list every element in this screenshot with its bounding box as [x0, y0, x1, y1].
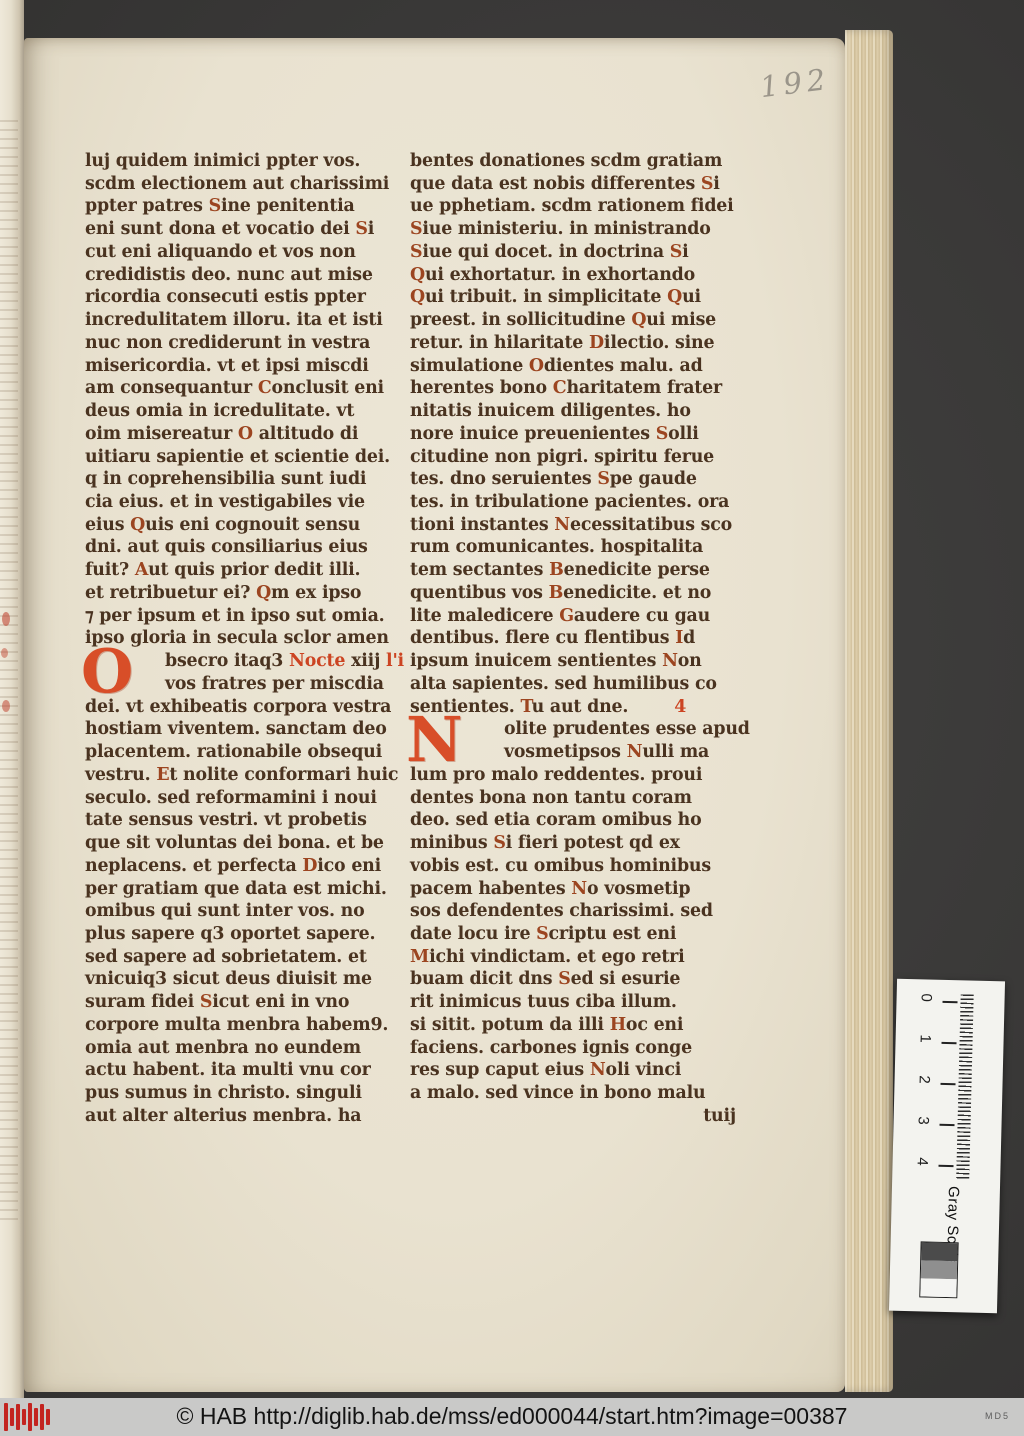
right-text-column: bentes donationes scdm gratiamque data e…: [410, 150, 754, 1128]
manuscript-line: cut eni aliquando et vos non: [85, 241, 402, 264]
ink-text: aut alter alterius menbra. ha: [85, 1106, 361, 1126]
red-touched-capital: A: [135, 560, 148, 580]
ink-text: tem sectantes: [410, 560, 549, 580]
ink-text: buam dicit dns: [410, 969, 558, 989]
ink-text: tuij: [703, 1106, 736, 1126]
ink-text: enedicite perse: [564, 560, 710, 580]
ink-text: pe gaude: [610, 469, 697, 489]
manuscript-line: misericordia. vt et ipsi miscdi: [85, 355, 402, 378]
gray-scale-patch: [921, 1242, 957, 1261]
red-touched-capital: S: [493, 833, 505, 853]
manuscript-line: tuij: [410, 1105, 754, 1128]
ink-text: pacem habentes: [410, 879, 571, 899]
ink-text: neplacens. et perfecta: [85, 856, 302, 876]
manuscript-line: que sit voluntas dei bona. et be: [85, 832, 402, 855]
ink-text: cut eni aliquando et vos non: [85, 242, 356, 262]
manuscript-line: deo. sed etia coram omibus ho: [410, 809, 754, 832]
ink-text: criptu est eni: [549, 924, 677, 944]
ink-text: credidistis deo. nunc aut mise: [85, 265, 373, 285]
ink-text: ico eni: [317, 856, 381, 876]
manuscript-line: simulatione Odientes malu. ad: [410, 355, 754, 378]
red-touched-capital: T: [520, 697, 531, 717]
ink-text: ricordia consecuti estis ppter: [85, 287, 366, 307]
manuscript-line: a malo. sed vince in bono malu: [410, 1082, 754, 1105]
manuscript-line: scdm electionem aut charissimi: [85, 173, 402, 196]
manuscript-line: tes. dno seruientes Spe gaude: [410, 468, 754, 491]
ink-text: vestru.: [85, 765, 156, 785]
ink-text: ui exhortatur. in exhortando: [425, 265, 695, 285]
manuscript-line: bentes donationes scdm gratiam: [410, 150, 754, 173]
ruler-cm-tick: [938, 1165, 953, 1167]
red-touched-capital: S: [410, 219, 422, 239]
ink-text: enedicite. et no: [563, 583, 711, 603]
manuscript-line: rit inimicus tuus ciba illum.: [410, 991, 754, 1014]
manuscript-line: dni. aut quis consiliarius eius: [85, 536, 402, 559]
ink-text: d: [683, 628, 695, 648]
ink-text: plus sapere q3 oportet sapere.: [85, 924, 375, 944]
ink-text: i: [682, 242, 688, 262]
ink-text: ipsum inuicem sentientes: [410, 651, 662, 671]
ink-text: ed si esurie: [571, 969, 681, 989]
red-touched-capital: Q: [667, 287, 682, 307]
rubric-text: l'i: [386, 651, 404, 671]
red-touched-capital: O: [529, 356, 544, 376]
manuscript-line: pus sumus in christo. singuli: [85, 1082, 402, 1105]
manuscript-line: q in coprehensibilia sunt iudi: [85, 468, 402, 491]
ink-text: tioni instantes: [410, 515, 554, 535]
ink-text: oim misereatur: [85, 424, 238, 444]
ink-text: altitudo di: [253, 424, 358, 444]
rubric-text: 4: [674, 697, 686, 717]
ink-text: ine penitentia: [221, 196, 355, 216]
red-touched-capital: B: [549, 583, 564, 603]
ink-text: herentes bono: [410, 378, 553, 398]
red-touched-capital: E: [156, 765, 169, 785]
red-touched-capital: C: [553, 378, 567, 398]
ink-text: i: [368, 219, 374, 239]
manuscript-line: que data est nobis differentes Si: [410, 173, 754, 196]
manuscript-line: si sitit. potum da illi Hoc eni: [410, 1014, 754, 1037]
red-touched-capital: S: [536, 924, 548, 944]
manuscript-line: date locu ire Scriptu est eni: [410, 923, 754, 946]
ink-text: alta sapientes. sed humilibus co: [410, 674, 717, 694]
ink-text: seculo. sed reformamini i noui: [85, 788, 377, 808]
folio-number: 192: [758, 62, 832, 104]
red-touched-capital: S: [670, 242, 682, 262]
manuscript-line: buam dicit dns Sed si esurie: [410, 968, 754, 991]
facing-page-red-mark: [2, 612, 10, 626]
ink-text: que data est nobis differentes: [410, 174, 701, 194]
book-fore-edge: [845, 30, 893, 1392]
ink-text: deus omia in icredulitate. vt: [85, 401, 354, 421]
manuscript-line: ipsum inuicem sentientes Non: [410, 650, 754, 673]
red-touched-capital: D: [302, 856, 317, 876]
ink-text: actu habent. ita multi vnu cor: [85, 1060, 371, 1080]
ink-text: ui tribuit. in simplicitate: [425, 287, 667, 307]
red-touched-capital: S: [209, 196, 221, 216]
ink-text: vosmetipsos: [504, 742, 627, 762]
ink-text: dentibus. flere cu flentibus: [410, 628, 675, 648]
red-touched-capital: H: [610, 1015, 626, 1035]
ink-text: hostiam viventem. sanctam deo: [85, 719, 387, 739]
manuscript-line: Siue ministeriu. in ministrando: [410, 218, 754, 241]
red-touched-capital: I: [675, 628, 683, 648]
red-touched-capital: C: [258, 378, 272, 398]
red-touched-capital: Q: [256, 583, 271, 603]
ink-text: iue qui docet. in doctrina: [422, 242, 669, 262]
ink-text: et retribuetur ei?: [85, 583, 256, 603]
ink-text: bsecro itaq3: [165, 651, 289, 671]
ink-text: tes. dno seruientes: [410, 469, 597, 489]
ink-text: sos defendentes charissimi. sed: [410, 901, 713, 921]
ink-text: luj quidem inimici ppter vos.: [85, 151, 360, 171]
red-touched-capital: Q: [410, 265, 425, 285]
ink-text: am consequantur: [85, 378, 258, 398]
manuscript-line: nuc non crediderunt in vestra: [85, 332, 402, 355]
ink-text: dientes malu. ad: [544, 356, 703, 376]
manuscript-line: oim misereatur O altitudo di: [85, 423, 402, 446]
manuscript-line: dentes bona non tantu coram: [410, 787, 754, 810]
red-touched-capital: N: [590, 1060, 606, 1080]
ruler-number: 0: [918, 993, 934, 1009]
ink-text: ppter patres: [85, 196, 209, 216]
ink-text: on: [678, 651, 702, 671]
ink-text: cia eius. et in vestigabiles vie: [85, 492, 365, 512]
ink-text: vos fratres per miscdia: [165, 674, 384, 694]
manuscript-line: alta sapientes. sed humilibus co: [410, 673, 754, 696]
manuscript-page: 192 luj quidem inimici ppter vos.scdm el…: [24, 38, 845, 1392]
manuscript-line: ⁊ per ipsum et in ipso sut omia.: [85, 605, 402, 628]
ink-text: rum comunicantes. hospitalita: [410, 537, 703, 557]
ink-text: dni. aut quis consiliarius eius: [85, 537, 368, 557]
ink-text: corpore multa menbra habem9.: [85, 1015, 388, 1035]
ink-text: eni sunt dona et vocatio dei: [85, 219, 355, 239]
ink-text: que sit voluntas dei bona. et be: [85, 833, 384, 853]
manuscript-line: plus sapere q3 oportet sapere.: [85, 923, 402, 946]
manuscript-line: aut alter alterius menbra. ha: [85, 1105, 402, 1128]
ruler-number: 3: [915, 1116, 931, 1132]
facing-page-ghost-text: [0, 120, 18, 1220]
gray-scale-card: Gray Scale 01234: [889, 979, 1005, 1314]
ink-text: i fieri potest qd ex: [506, 833, 680, 853]
manuscript-line: tes. in tribulatione pacientes. ora: [410, 491, 754, 514]
ruler-number: 2: [916, 1075, 932, 1091]
ink-text: incredulitatem illoru. ita et isti: [85, 310, 383, 330]
ink-text: tes. in tribulatione pacientes. ora: [410, 492, 729, 512]
text-block: luj quidem inimici ppter vos.scdm electi…: [85, 150, 754, 1128]
manuscript-line: dentibus. flere cu flentibus Id: [410, 627, 754, 650]
ink-text: ichi vindictam. et ego retri: [429, 947, 684, 967]
manuscript-line: pacem habentes No vosmetip: [410, 878, 754, 901]
manuscript-line: omia aut menbra no eundem: [85, 1037, 402, 1060]
ink-text: rit inimicus tuus ciba illum.: [410, 992, 677, 1012]
ink-text: lite maledicere: [410, 606, 559, 626]
manuscript-line: omibus qui sunt inter vos. no: [85, 900, 402, 923]
manuscript-line: per gratiam que data est michi.: [85, 878, 402, 901]
ink-text: ⁊ per ipsum et in ipso sut omia.: [85, 606, 385, 626]
ink-text: ui mise: [646, 310, 716, 330]
ruler-mm-ticks: [956, 994, 974, 1180]
ink-text: sed sapere ad sobrietatem. et: [85, 947, 367, 967]
manuscript-line: nore inuice preuenientes Solli: [410, 423, 754, 446]
ink-text: si sitit. potum da illi: [410, 1015, 610, 1035]
ink-text: citudine non pigri. spiritu ferue: [410, 447, 714, 467]
red-touched-capital: Q: [130, 515, 145, 535]
ink-text: olli: [668, 424, 699, 444]
ink-text: dentes bona non tantu coram: [410, 788, 692, 808]
manuscript-line: neplacens. et perfecta Dico eni: [85, 855, 402, 878]
manuscript-line: quentibus vos Benedicite. et no: [410, 582, 754, 605]
manuscript-line: tem sectantes Benedicite perse: [410, 559, 754, 582]
manuscript-line: lite maledicere Gaudere cu gau: [410, 605, 754, 628]
manuscript-line: herentes bono Charitatem frater: [410, 377, 754, 400]
manuscript-line: cia eius. et in vestigabiles vie: [85, 491, 402, 514]
red-touched-capital: N: [554, 515, 570, 535]
ink-text: a malo. sed vince in bono malu: [410, 1083, 705, 1103]
ink-text: ue pphetiam. scdm rationem fidei: [410, 196, 734, 216]
ink-text: eius: [85, 515, 130, 535]
manuscript-line: Qui exhortatur. in exhortando: [410, 264, 754, 287]
gray-scale-patch: [920, 1278, 956, 1297]
red-touched-capital: Q: [410, 287, 425, 307]
manuscript-line: credidistis deo. nunc aut mise: [85, 264, 402, 287]
caption-mark: MD5: [985, 1411, 1010, 1421]
ink-text: xiij: [345, 651, 386, 671]
manuscript-line: Siue qui docet. in doctrina Si: [410, 241, 754, 264]
red-touched-capital: S: [410, 242, 422, 262]
manuscript-line: suram fidei Sicut eni in vno: [85, 991, 402, 1014]
ink-text: ilectio. sine: [604, 333, 714, 353]
ink-text: date locu ire: [410, 924, 536, 944]
manuscript-photo: 192 luj quidem inimici ppter vos.scdm el…: [0, 0, 1024, 1436]
facing-page-red-mark: [2, 700, 10, 712]
illuminated-initial-N: N: [406, 709, 463, 771]
manuscript-line: Michi vindictam. et ego retri: [410, 946, 754, 969]
red-touched-capital: S: [200, 992, 212, 1012]
manuscript-line: fuit? Aut quis prior dedit illi.: [85, 559, 402, 582]
ink-text: o vosmetip: [587, 879, 690, 899]
ink-text: ut quis prior dedit illi.: [148, 560, 360, 580]
copyright-caption: © HAB http://diglib.hab.de/mss/ed000044/…: [0, 1403, 1024, 1430]
ink-text: ulli ma: [642, 742, 709, 762]
manuscript-line: tate sensus vestri. vt probetis: [85, 809, 402, 832]
manuscript-line: preest. in sollicitudine Qui mise: [410, 309, 754, 332]
ink-text: t nolite conformari huic: [169, 765, 398, 785]
manuscript-line: ppter patres Sine penitentia: [85, 195, 402, 218]
red-touched-capital: N: [662, 651, 678, 671]
ink-text: vobis est. cu omibus hominibus: [410, 856, 711, 876]
ink-text: ui: [682, 287, 701, 307]
ink-text: iue ministeriu. in ministrando: [422, 219, 710, 239]
ink-text: bentes donationes scdm gratiam: [410, 151, 722, 171]
ruler-cm-tick: [941, 1042, 956, 1044]
ink-text: retur. in hilaritate: [410, 333, 589, 353]
red-touched-capital: O: [238, 424, 253, 444]
manuscript-line: eni sunt dona et vocatio dei Si: [85, 218, 402, 241]
manuscript-line: retur. in hilaritate Dilectio. sine: [410, 332, 754, 355]
ink-text: icut eni in vno: [212, 992, 349, 1012]
ink-text: oc eni: [626, 1015, 683, 1035]
manuscript-line: sed sapere ad sobrietatem. et: [85, 946, 402, 969]
ink-text: i: [713, 174, 719, 194]
ink-text: preest. in sollicitudine: [410, 310, 631, 330]
manuscript-line: incredulitatem illoru. ita et isti: [85, 309, 402, 332]
ink-text: suram fidei: [85, 992, 200, 1012]
manuscript-line: tioni instantes Necessitatibus sco: [410, 514, 754, 537]
manuscript-line: seculo. sed reformamini i noui: [85, 787, 402, 810]
red-touched-capital: M: [410, 947, 429, 967]
red-touched-capital: Q: [631, 310, 646, 330]
red-touched-capital: N: [627, 742, 643, 762]
ink-text: placentem. rationabile obsequi: [85, 742, 382, 762]
ink-text: pus sumus in christo. singuli: [85, 1083, 362, 1103]
manuscript-line: minibus Si fieri potest qd ex: [410, 832, 754, 855]
ruler-cm-tick: [942, 1001, 957, 1003]
manuscript-line: citudine non pigri. spiritu ferue: [410, 446, 754, 469]
red-touched-capital: N: [571, 879, 587, 899]
ink-text: quentibus vos: [410, 583, 549, 603]
ink-text: tate sensus vestri. vt probetis: [85, 810, 367, 830]
ink-text: res sup caput eius: [410, 1060, 590, 1080]
ink-text: omibus qui sunt inter vos. no: [85, 901, 365, 921]
manuscript-line: eius Quis eni cognouit sensu: [85, 514, 402, 537]
manuscript-line: ricordia consecuti estis ppter: [85, 286, 402, 309]
manuscript-line: sos defendentes charissimi. sed: [410, 900, 754, 923]
ink-text: scdm electionem aut charissimi: [85, 174, 389, 194]
manuscript-line: faciens. carbones ignis conge: [410, 1037, 754, 1060]
ink-text: simulatione: [410, 356, 529, 376]
ink-text: ecessitatibus sco: [570, 515, 732, 535]
manuscript-line: res sup caput eius Noli vinci: [410, 1059, 754, 1082]
ink-text: olite prudentes esse apud: [504, 719, 750, 739]
red-touched-capital: D: [589, 333, 604, 353]
ink-text: audere cu gau: [574, 606, 710, 626]
manuscript-line: deus omia in icredulitate. vt: [85, 400, 402, 423]
ink-text: misericordia. vt et ipsi miscdi: [85, 356, 369, 376]
ink-text: per gratiam que data est michi.: [85, 879, 387, 899]
caption-bar: © HAB http://diglib.hab.de/mss/ed000044/…: [0, 1398, 1024, 1436]
ruler-cm-tick: [940, 1083, 955, 1085]
ink-text: u aut dne.: [532, 697, 629, 717]
ink-text: q in coprehensibilia sunt iudi: [85, 469, 366, 489]
ink-text: minibus: [410, 833, 493, 853]
ink-text: fuit?: [85, 560, 135, 580]
ink-text: nuc non crediderunt in vestra: [85, 333, 370, 353]
ruler-cm-tick: [939, 1124, 954, 1126]
manuscript-line: vnicuiq3 sicut deus diuisit me: [85, 968, 402, 991]
manuscript-line: luj quidem inimici ppter vos.: [85, 150, 402, 173]
red-touched-capital: B: [549, 560, 564, 580]
ink-text: haritatem frater: [566, 378, 722, 398]
red-touched-capital: S: [558, 969, 570, 989]
ink-text: faciens. carbones ignis conge: [410, 1038, 692, 1058]
red-touched-capital: G: [559, 606, 574, 626]
red-touched-capital: S: [656, 424, 668, 444]
ink-text: uitiaru sapientie et scientie dei.: [85, 447, 390, 467]
manuscript-line: corpore multa menbra habem9.: [85, 1014, 402, 1037]
manuscript-line: nitatis inuicem diligentes. ho: [410, 400, 754, 423]
rubric-text: Nocte: [289, 651, 345, 671]
manuscript-line: Qui tribuit. in simplicitate Qui: [410, 286, 754, 309]
manuscript-line: vestru. Et nolite conformari huic: [85, 764, 402, 787]
ink-text: onclusit eni: [271, 378, 383, 398]
ink-text: vnicuiq3 sicut deus diuisit me: [85, 969, 372, 989]
ink-text: nore inuice preuenientes: [410, 424, 656, 444]
gray-scale-patch: [921, 1260, 957, 1279]
manuscript-line: hostiam viventem. sanctam deo: [85, 718, 402, 741]
red-touched-capital: S: [597, 469, 609, 489]
manuscript-line: rum comunicantes. hospitalita: [410, 536, 754, 559]
facing-page-red-mark: [1, 648, 8, 658]
manuscript-line: placentem. rationabile obsequi: [85, 741, 402, 764]
ink-text: deo. sed etia coram omibus ho: [410, 810, 702, 830]
ink-text: uis eni cognouit sensu: [145, 515, 360, 535]
ink-text: omia aut menbra no eundem: [85, 1038, 361, 1058]
red-touched-capital: S: [701, 174, 713, 194]
ink-text: oli vinci: [606, 1060, 682, 1080]
ruler-number: 1: [917, 1034, 933, 1050]
manuscript-line: vobis est. cu omibus hominibus: [410, 855, 754, 878]
manuscript-line: ue pphetiam. scdm rationem fidei: [410, 195, 754, 218]
ink-text: nitatis inuicem diligentes. ho: [410, 401, 691, 421]
manuscript-line: uitiaru sapientie et scientie dei.: [85, 446, 402, 469]
gray-scale-patches: [919, 1241, 958, 1298]
left-text-column: luj quidem inimici ppter vos.scdm electi…: [85, 150, 402, 1128]
red-touched-capital: S: [355, 219, 367, 239]
manuscript-line: actu habent. ita multi vnu cor: [85, 1059, 402, 1082]
manuscript-line: am consequantur Conclusit eni: [85, 377, 402, 400]
ink-text: m ex ipso: [271, 583, 361, 603]
manuscript-line: et retribuetur ei? Qm ex ipso: [85, 582, 402, 605]
illuminated-initial-O: O: [81, 642, 133, 702]
ruler-number: 4: [914, 1157, 930, 1173]
facing-page-edge: [0, 0, 24, 1398]
